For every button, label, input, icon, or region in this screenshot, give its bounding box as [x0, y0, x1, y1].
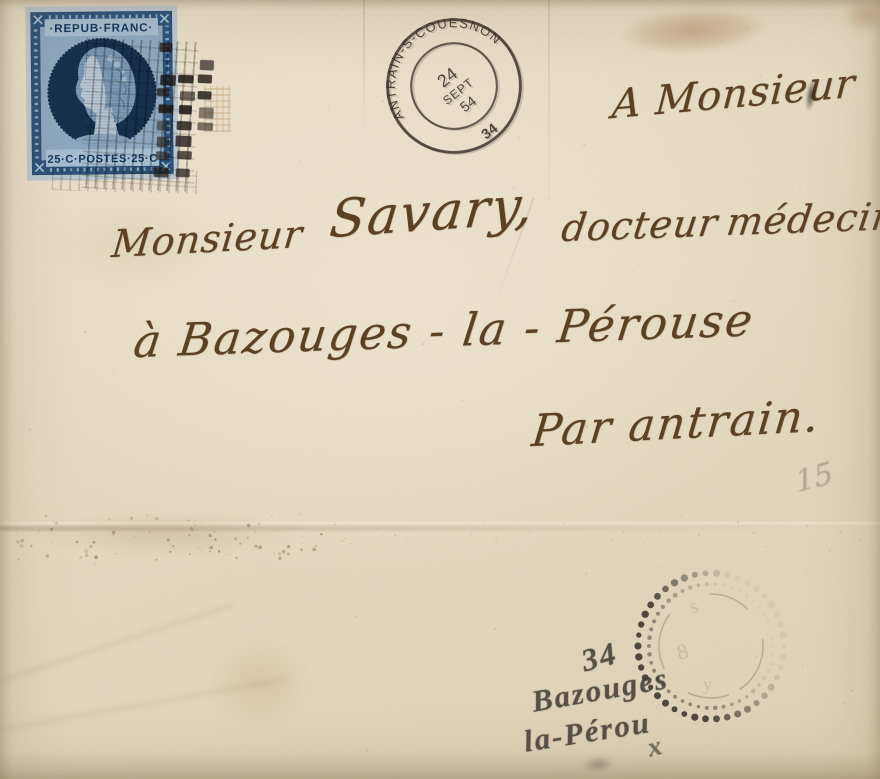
grille-bars: [153, 43, 216, 180]
crease-vertical-1: [363, 0, 365, 135]
svg-text:s: s: [686, 595, 703, 618]
fold-crease-horizontal: [0, 522, 880, 526]
wrinkle-bottom-left-1: [0, 600, 235, 690]
departure-datestamp: ANTRAIN-S-COUESNON 24 SEPT 54 34: [370, 2, 538, 170]
stamp-top-inscription: ·REPUB·FRANC·: [49, 21, 153, 35]
bottom-edge-shade: [0, 751, 880, 779]
smudge-bottom: [581, 755, 614, 773]
address-word-name: Savary,: [327, 175, 538, 250]
stain-bottom-center: [190, 620, 330, 745]
stamp-bottom-inscription: 25·C·POSTES·25·C: [47, 153, 157, 166]
pencil-notation: 15: [793, 456, 836, 501]
crease-vertical-2: [548, 0, 550, 230]
arrival-mark-flourish: x: [644, 730, 667, 764]
dotted-ring: [634, 570, 787, 723]
address-word-title2: médecin: [724, 194, 880, 244]
svg-text:8: 8: [674, 638, 691, 665]
address-word-salutation: Monsieur: [110, 212, 305, 266]
address-word-title1: docteur: [559, 200, 721, 250]
right-edge-shade: [866, 0, 880, 779]
arrival-dotted-datestamp: s 8 y: [626, 561, 796, 731]
faint-inner-glyphs: s 8 y: [674, 595, 712, 694]
address-line-routing: Par antrain.: [529, 391, 823, 457]
wrinkle-bottom-left-2: [0, 674, 289, 736]
stain-top-right-corner: [836, 0, 880, 40]
svg-text:y: y: [703, 674, 712, 694]
letter-cover: ·REPUB·FRANC· 25·C·POSTES·25·C: [0, 0, 880, 779]
left-edge-shade: [0, 0, 14, 779]
fold-stain-band: [0, 506, 330, 562]
fold-crease-horizontal-shadow: [0, 526, 880, 531]
grille-cancel: [153, 41, 221, 194]
address-line-to: A Monsieur: [610, 60, 857, 128]
address-line-locality: à Bazouges - la - Pérouse: [131, 293, 758, 368]
stain-top-right: [596, 0, 790, 67]
